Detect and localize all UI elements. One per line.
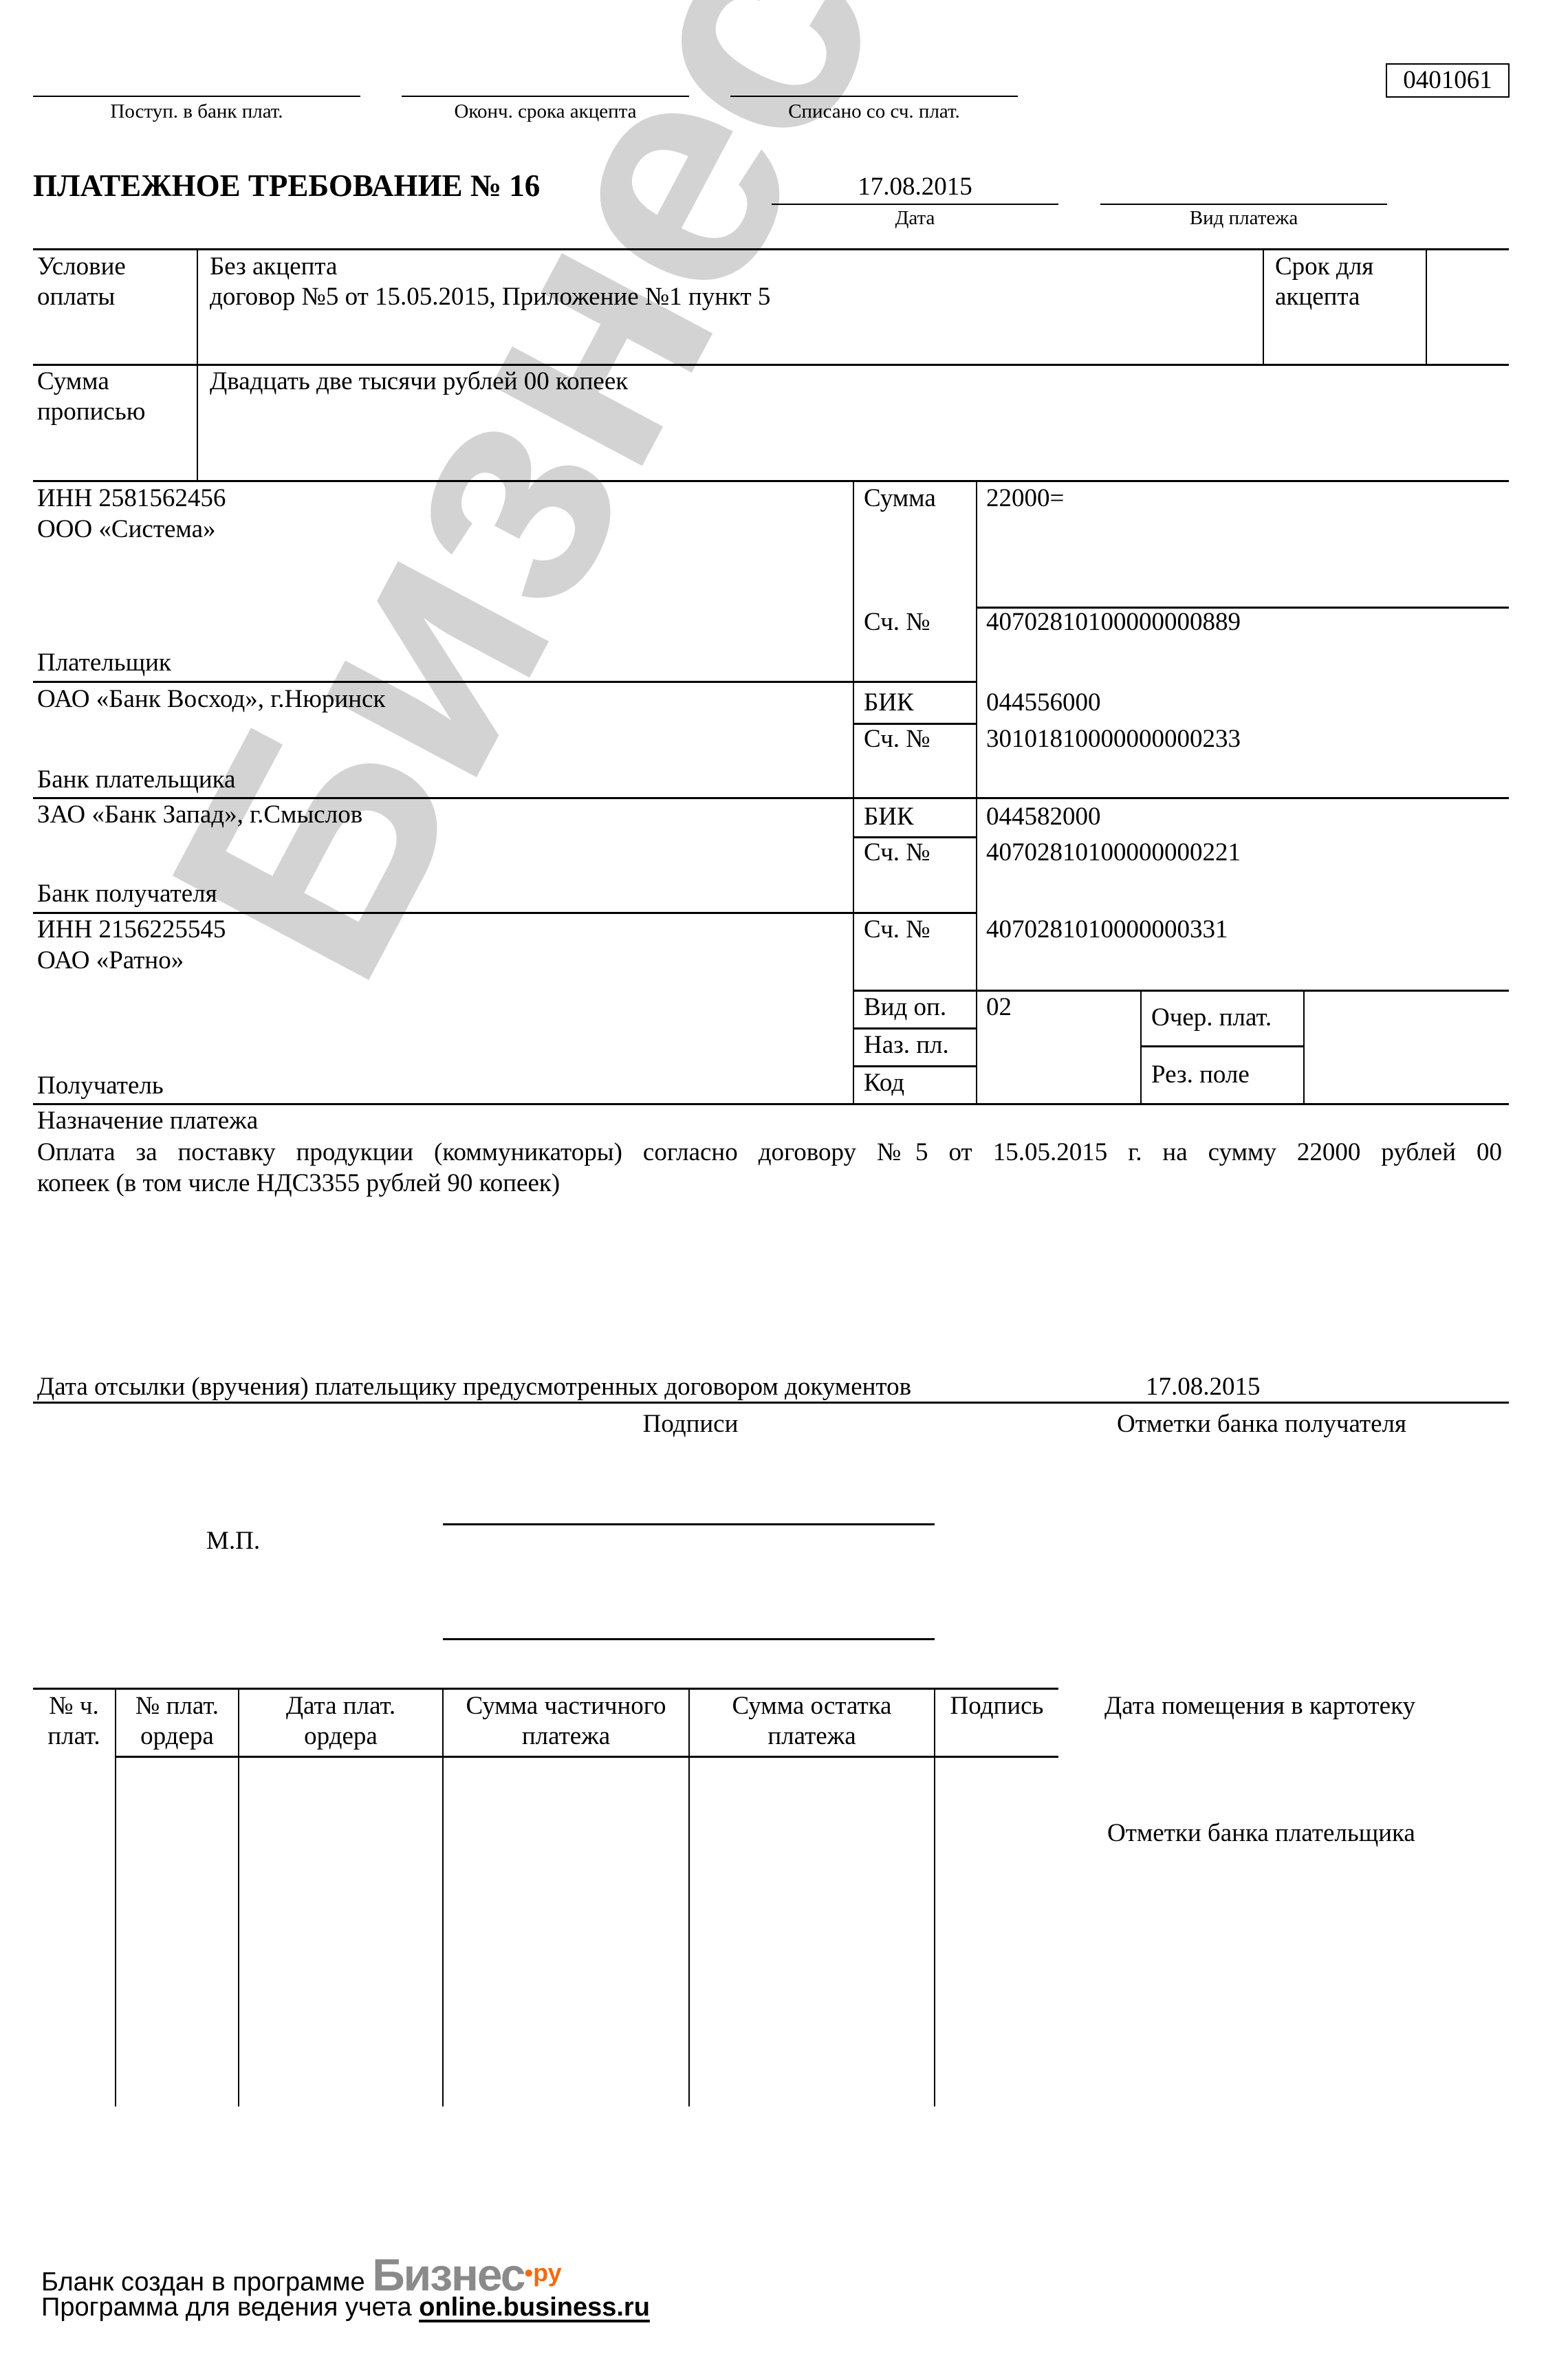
- recipient-bank-account-value: 40702810100000000221: [986, 838, 1241, 868]
- divider: [1140, 990, 1142, 1104]
- recipient-bank-label: Банк получателя: [37, 879, 217, 909]
- debited-label: Списано со сч. плат.: [730, 100, 1018, 123]
- recipient-bank-bik-value: 044582000: [986, 802, 1101, 832]
- priority-label: Очер. плат.: [1151, 1003, 1272, 1033]
- column-header: Подпись: [935, 1691, 1058, 1721]
- document-title: ПЛАТЕЖНОЕ ТРЕБОВАНИЕ № 16: [33, 168, 540, 204]
- sum-label: Сумма: [864, 483, 936, 514]
- column-header: Сумма остатка платежа: [690, 1691, 934, 1752]
- divider: [33, 1688, 1058, 1690]
- online-business-link[interactable]: online.business.ru: [419, 2293, 650, 2322]
- filing-date-label: Дата помещения в картотеку: [1104, 1691, 1415, 1721]
- payer-bank-name: ОАО «Банк Восход», г.Нюринск: [37, 684, 385, 715]
- payment-type-label: Вид платежа: [1100, 206, 1387, 230]
- payer-bank-bik-label: БИК: [864, 688, 914, 718]
- payment-terms-label: Условие оплаты: [37, 252, 126, 312]
- divider: [853, 481, 854, 1104]
- logo-suffix: •ру: [524, 2258, 561, 2287]
- footer-created: Бланк создан в программе Бизнес•ру: [41, 2258, 562, 2298]
- amount-words-label: Сумма прописью: [37, 367, 145, 427]
- recipient-account-label: Сч. №: [864, 915, 930, 945]
- footer-program: Программа для ведения учета online.busin…: [41, 2292, 650, 2322]
- signatures-label: Подписи: [580, 1409, 801, 1439]
- payer-bank-account-label: Сч. №: [864, 724, 930, 754]
- payer-bank-account-value: 30101810000000000233: [986, 724, 1241, 754]
- divider: [115, 1756, 1058, 1758]
- payment-request-form: Поступ. в банк плат. Оконч. срока акцепт…: [0, 0, 1568, 2363]
- recipient-account-value: 4070281010000000331: [986, 915, 1228, 945]
- column-header: Сумма частичного платежа: [444, 1691, 688, 1752]
- payer-inn: ИНН 2581562456: [37, 483, 226, 514]
- recipient-name: ОАО «Ратно»: [37, 946, 184, 976]
- payer-bank-marks-label: Отметки банка плательщика: [1107, 1818, 1415, 1849]
- payer-label: Плательщик: [37, 648, 171, 678]
- divider: [33, 797, 1509, 799]
- acceptance-end-line: [402, 96, 689, 97]
- divider: [33, 248, 1509, 250]
- payer-bank-label: Банк плательщика: [37, 765, 235, 795]
- date-value: 17.08.2015: [772, 172, 1058, 202]
- column-header: № плат. ордера: [116, 1691, 238, 1752]
- divider: [33, 364, 1509, 366]
- op-type-label: Вид оп.: [864, 992, 946, 1023]
- divider: [1426, 249, 1427, 364]
- purpose-line-1: Оплата за поставку продукции (коммуникат…: [37, 1137, 1502, 1168]
- op-type-value: 02: [986, 992, 1012, 1023]
- divider: [33, 681, 977, 683]
- amount-words-value: Двадцать две тысячи рублей 00 копеек: [210, 367, 628, 397]
- payment-type-line: [1100, 204, 1387, 205]
- divider: [1141, 1045, 1304, 1047]
- recipient-bank-account-label: Сч. №: [864, 838, 930, 868]
- acceptance-end-label: Оконч. срока акцепта: [402, 100, 689, 123]
- recipient-bank-bik-label: БИК: [864, 802, 914, 832]
- recipient-bank-name: ЗАО «Банк Запад», г.Смыслов: [37, 800, 362, 830]
- code-label: Код: [864, 1068, 904, 1098]
- received-line: [33, 96, 360, 97]
- sum-value: 22000=: [986, 483, 1064, 514]
- divider: [33, 1103, 1509, 1105]
- signature-line-2: [443, 1638, 935, 1640]
- payer-account-label: Сч. №: [864, 607, 930, 638]
- divider: [853, 1027, 977, 1030]
- divider: [197, 249, 198, 481]
- divider: [33, 1402, 1509, 1404]
- purpose-line-2: копеек (в том числе НДС3355 рублей 90 ко…: [37, 1168, 560, 1199]
- documents-sent-label: Дата отсылки (вручения) плательщику пред…: [37, 1372, 911, 1402]
- payer-bank-bik-value: 044556000: [986, 688, 1101, 718]
- acceptance-term-label: Срок для акцепта: [1275, 252, 1373, 312]
- purpose-code-label: Наз. пл.: [864, 1030, 949, 1060]
- payer-account-value: 40702810100000000889: [986, 607, 1241, 638]
- divider: [1263, 249, 1264, 364]
- date-line: [772, 204, 1058, 205]
- date-label: Дата: [772, 206, 1058, 230]
- purpose-label: Назначение платежа: [37, 1106, 258, 1136]
- form-code: 0401061: [1386, 63, 1510, 98]
- divider: [934, 1688, 935, 2106]
- divider: [853, 990, 1509, 992]
- divider: [1303, 990, 1305, 1104]
- column-header: № ч. плат.: [33, 1691, 115, 1752]
- reserved-label: Рез. поле: [1151, 1060, 1250, 1090]
- signature-line-1: [443, 1523, 935, 1525]
- column-header: Дата плат. ордера: [239, 1691, 442, 1752]
- received-label: Поступ. в банк плат.: [33, 100, 360, 123]
- recipient-bank-marks-label: Отметки банка получателя: [1117, 1409, 1406, 1439]
- divider: [976, 481, 977, 1104]
- recipient-inn: ИНН 2156225545: [37, 915, 226, 945]
- divider: [33, 912, 977, 914]
- payer-name: ООО «Система»: [37, 514, 216, 545]
- payment-terms-value: Без акцепта договор №5 от 15.05.2015, Пр…: [210, 252, 770, 312]
- stamp-label: М.П.: [206, 1526, 260, 1556]
- documents-sent-value: 17.08.2015: [1146, 1372, 1261, 1402]
- recipient-label: Получатель: [37, 1071, 164, 1101]
- divider: [853, 1065, 977, 1067]
- debited-line: [730, 96, 1018, 97]
- divider: [33, 480, 1509, 482]
